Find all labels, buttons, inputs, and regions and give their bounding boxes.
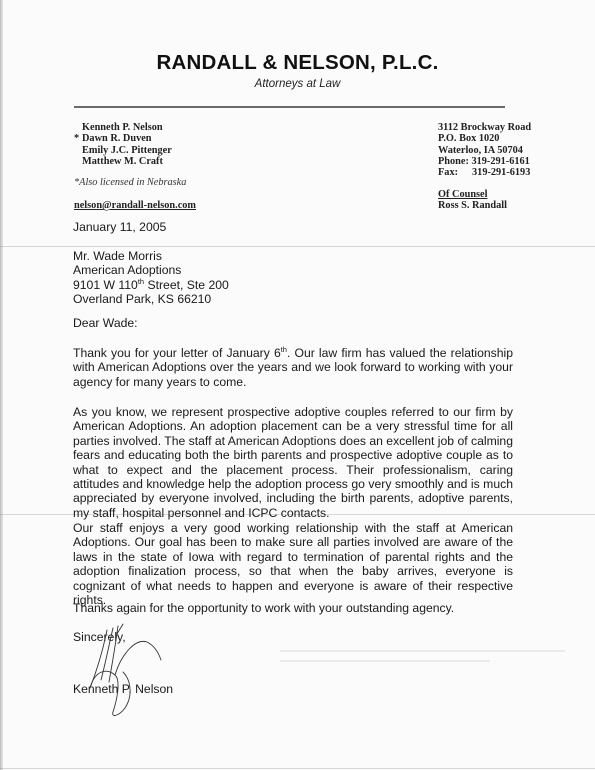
street-rest: Street, Ste 200 bbox=[144, 278, 229, 292]
firm-address: 3112 Brockway Road P.O. Box 1020 Waterlo… bbox=[438, 122, 531, 178]
fold-line bbox=[0, 246, 595, 247]
paragraph-3: Our staff enjoys a very good working rel… bbox=[73, 521, 513, 607]
attorney-list: Kenneth P. Nelson * Dawn R. Duven Emily … bbox=[74, 122, 172, 167]
street-number: 9101 W 110 bbox=[73, 278, 138, 292]
of-counsel-name: Ross S. Randall bbox=[438, 200, 507, 211]
of-counsel: Of Counsel Ross S. Randall bbox=[438, 189, 507, 212]
attorney-name: Matthew M. Craft bbox=[82, 156, 163, 167]
address-street: 3112 Brockway Road bbox=[438, 122, 531, 133]
attorney-item: Matthew M. Craft bbox=[74, 156, 172, 167]
address-po-box: P.O. Box 1020 bbox=[438, 133, 531, 144]
phone-label: Phone: bbox=[438, 156, 469, 167]
recipient-address: Mr. Wade Morris American Adoptions 9101 … bbox=[73, 249, 513, 307]
bleed-through bbox=[280, 650, 580, 680]
letterhead-rule bbox=[74, 106, 505, 108]
recipient-organization: American Adoptions bbox=[73, 263, 513, 277]
phone-line: Phone: 319-291-6161 bbox=[438, 156, 531, 167]
firm-tagline: Attorneys at Law bbox=[0, 78, 595, 90]
attorney-name: Emily J.C. Pittenger bbox=[82, 145, 172, 156]
firm-name: RANDALL & NELSON, P.L.C. bbox=[0, 51, 595, 75]
address-city: Waterloo, IA 50704 bbox=[438, 145, 531, 156]
paragraph-1-start: Thank you for your letter of January 6 bbox=[73, 346, 281, 360]
paragraph-2: As you know, we represent prospective ad… bbox=[73, 405, 513, 520]
fax-line: Fax:319-291-6193 bbox=[438, 167, 531, 178]
salutation: Dear Wade: bbox=[73, 316, 513, 330]
attorney-name: Kenneth P. Nelson bbox=[82, 122, 163, 133]
attorney-item: * Dawn R. Duven bbox=[74, 133, 172, 144]
attorney-name: Dawn R. Duven bbox=[82, 133, 152, 144]
fax-number: 319-291-6193 bbox=[472, 167, 530, 178]
signature-icon bbox=[85, 620, 175, 720]
paragraph-4: Thanks again for the opportunity to work… bbox=[73, 601, 513, 615]
license-footnote: *Also licensed in Nebraska bbox=[74, 177, 186, 188]
attorney-item: Kenneth P. Nelson bbox=[74, 122, 172, 133]
license-marker: * bbox=[74, 133, 79, 144]
recipient-city: Overland Park, KS 66210 bbox=[73, 292, 513, 306]
scan-edge bbox=[0, 0, 3, 770]
attorney-item: Emily J.C. Pittenger bbox=[74, 145, 172, 156]
recipient-name: Mr. Wade Morris bbox=[73, 249, 513, 263]
phone-number: 319-291-6161 bbox=[471, 156, 529, 167]
letter-date: January 11, 2005 bbox=[73, 220, 513, 234]
email-link[interactable]: nelson@randall-nelson.com bbox=[74, 200, 196, 211]
recipient-street: 9101 W 110th Street, Ste 200 bbox=[73, 278, 513, 292]
fax-label: Fax: bbox=[438, 167, 458, 178]
paragraph-1: Thank you for your letter of January 6th… bbox=[73, 346, 513, 389]
fold-line bbox=[0, 768, 595, 769]
of-counsel-heading: Of Counsel bbox=[438, 189, 507, 200]
